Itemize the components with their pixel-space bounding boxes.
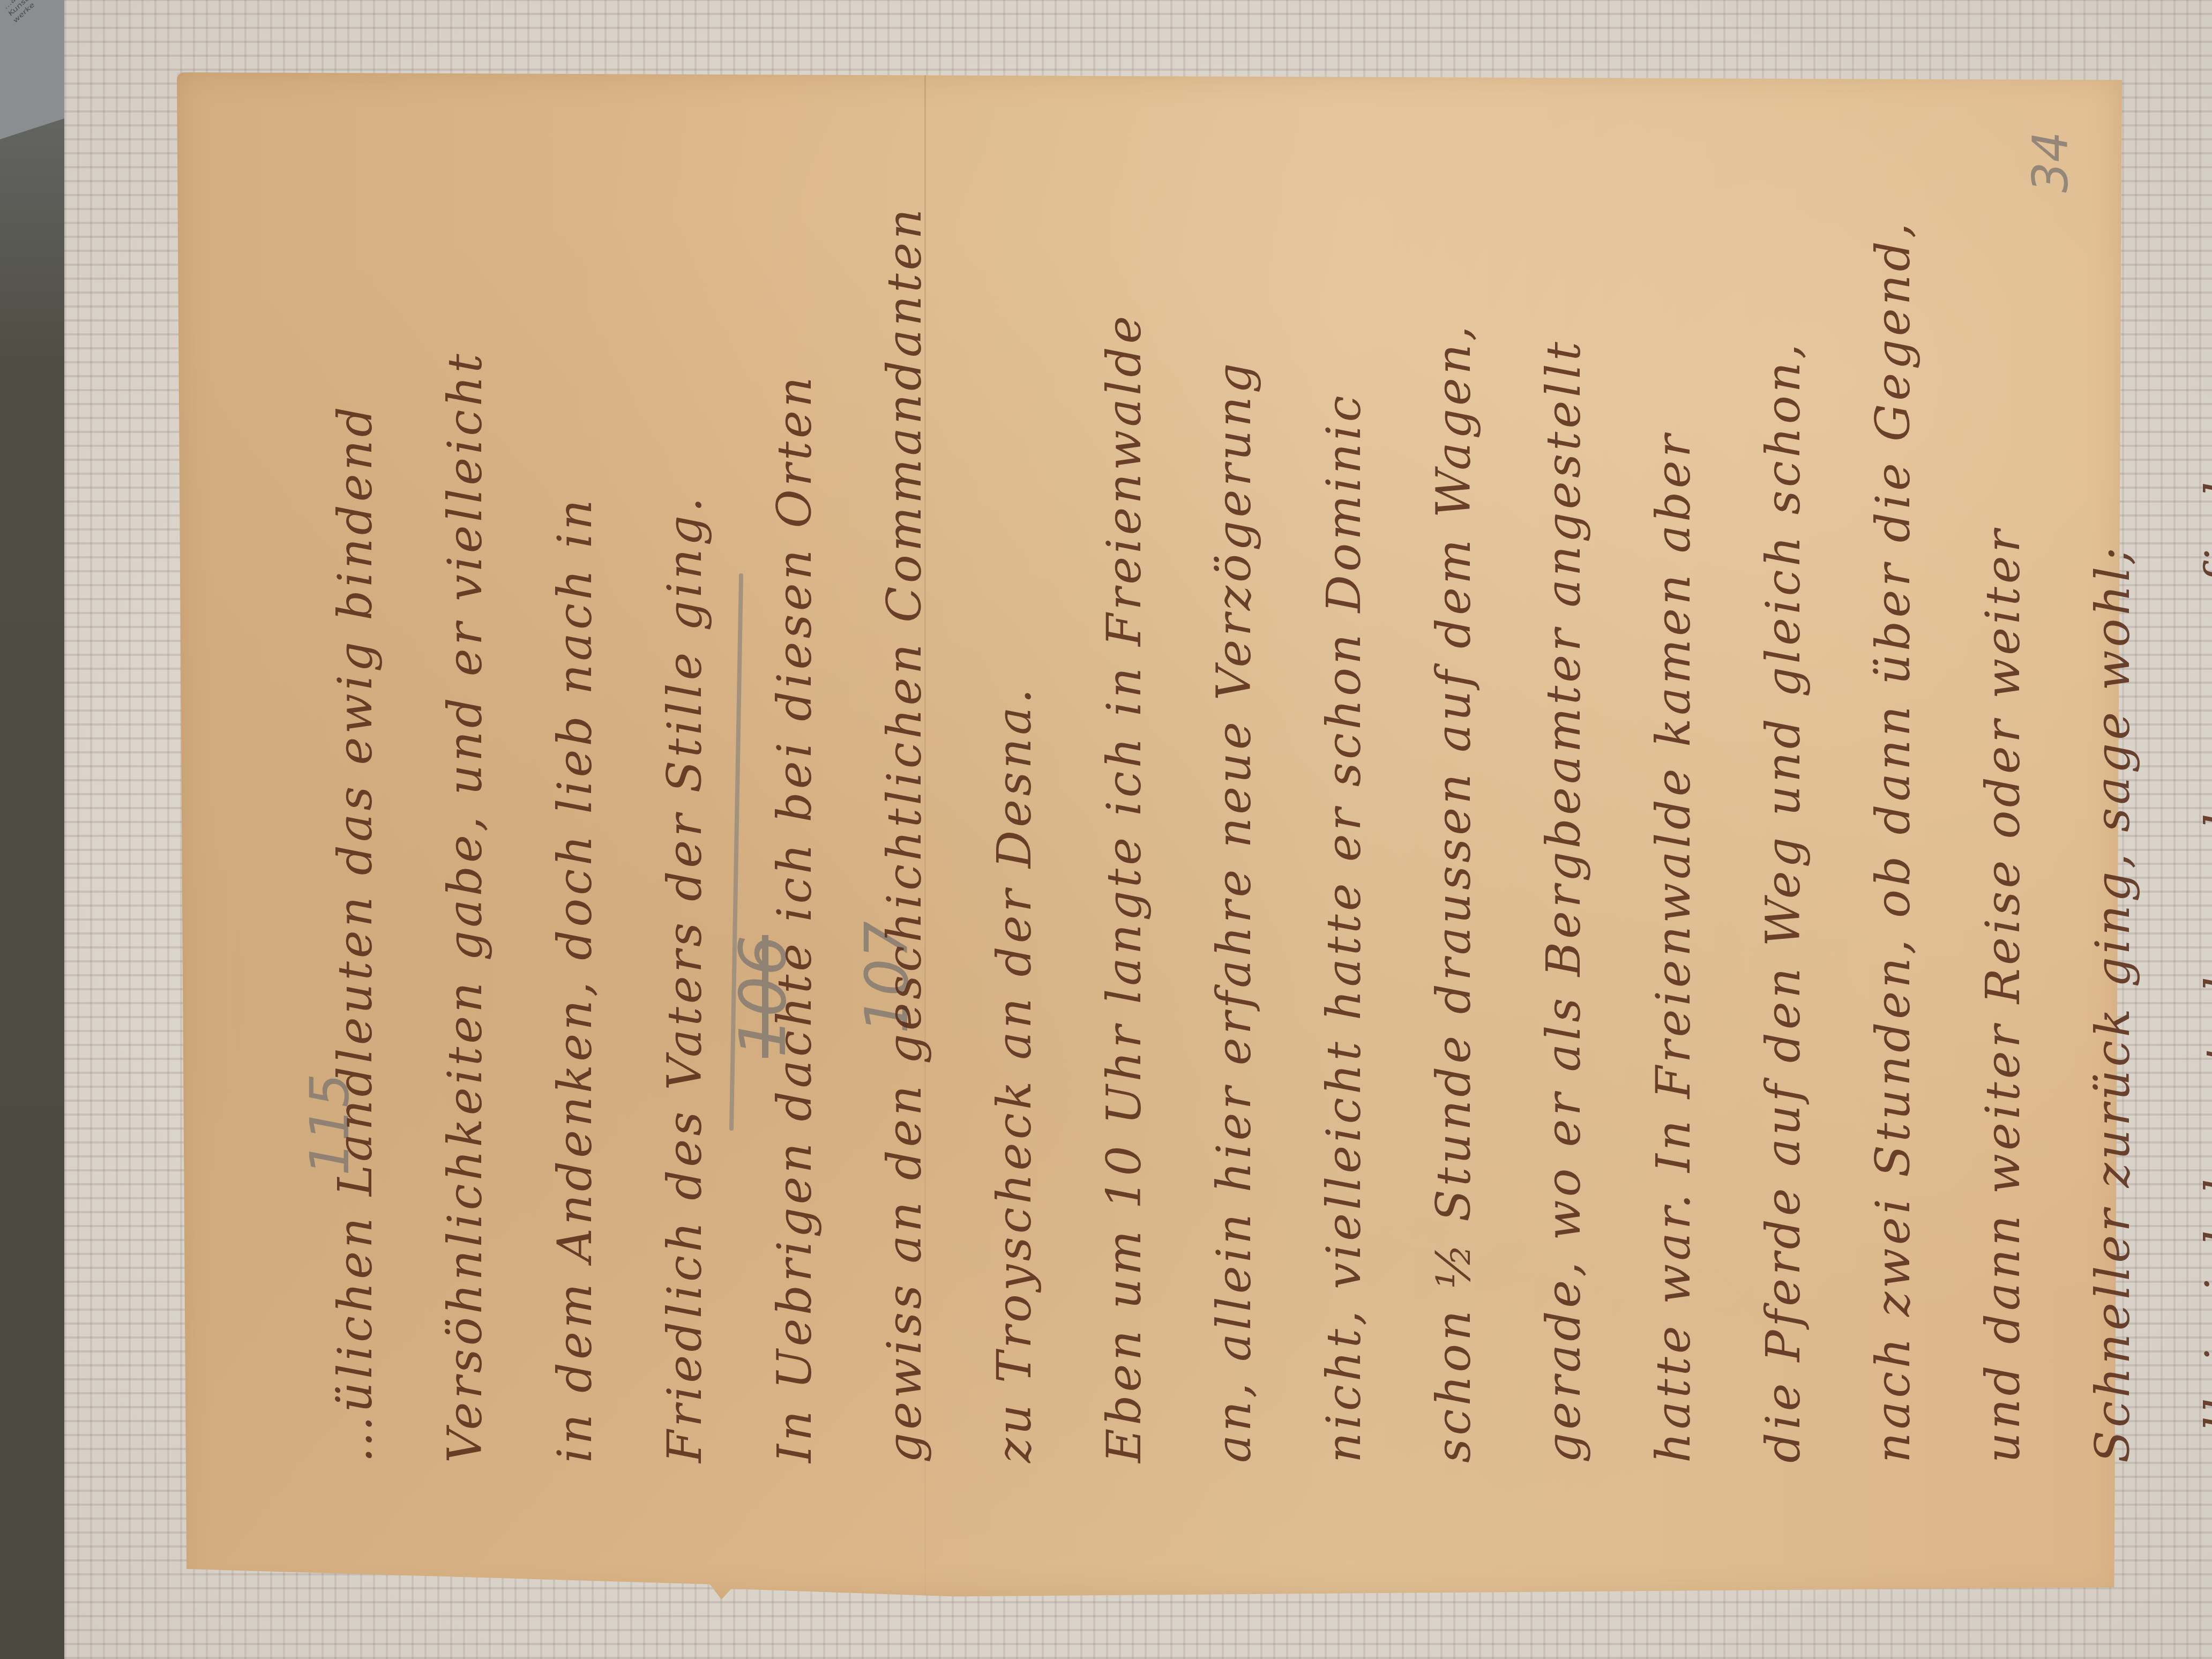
text-line-troyscheck-desna: zu Troyscheck an der Desna. <box>959 70 1069 1463</box>
text-line: Schneller zurück ging, sage wohl; <box>2058 70 2168 1463</box>
handwritten-text-block: …ülichen Landleuten das ewig bindend Ver… <box>300 70 2068 1463</box>
text-line: Versöhnlichkeiten gabe, und er vielleich… <box>410 70 520 1463</box>
text-line-freienwalde: Eben um 10 Uhr langte ich in Freienwalde <box>1069 70 1179 1463</box>
text-line: gewiss an den geschichtlichen Commandant… <box>849 70 959 1463</box>
text-line: in dem Andenken, doch lieb nach in <box>520 70 630 1463</box>
text-line: schon ½ Stunde draussen auf dem Wagen, <box>1399 70 1508 1463</box>
text-line: hatte war. In Freienwalde kamen aber <box>1618 70 1728 1463</box>
text-line: gerade, wo er als Bergbeamter angestellt <box>1508 70 1618 1463</box>
text-line: …ülichen Landleuten das ewig bindend <box>300 70 410 1463</box>
printed-card-text: …aber … Kä … Kunst … Nr … werke <box>2 0 68 25</box>
text-line: und dann weiter Reise oder weiter <box>1948 70 2058 1463</box>
text-line: Friedlich des Vaters der Stille ging. <box>630 70 739 1463</box>
text-line: In Uebrigen dachte ich bei diesen Orten <box>739 70 849 1463</box>
text-line: nach zwei Stunden, ob dann über die Gege… <box>1838 70 1948 1463</box>
text-line: die Pferde auf den Weg und gleich schon, <box>1728 70 1838 1463</box>
printed-card-corner: …aber … Kä … Kunst … Nr … werke <box>0 0 64 139</box>
dark-object-left-edge <box>0 0 64 1659</box>
text-line: allein ich konnte kaum herauszufinden. <box>2168 70 2212 1463</box>
text-line: an, allein hier erfahre neue Verzögerung <box>1179 70 1289 1463</box>
text-line: nicht, vielleicht hatte er schon Dominic <box>1289 70 1399 1463</box>
